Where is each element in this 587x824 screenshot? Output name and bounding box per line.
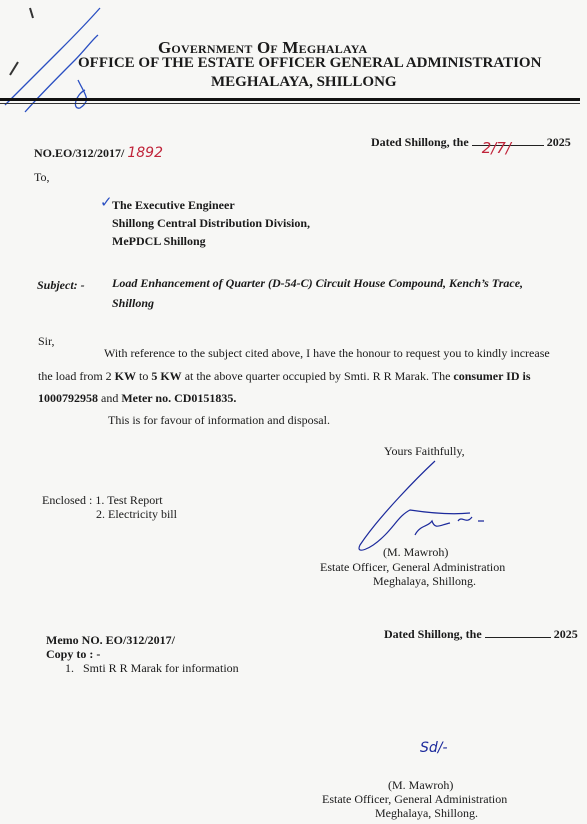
dated-line: Dated Shillong, the 2/7/ 2025 [371, 135, 571, 150]
body-paragraph-line2: the load from 2 KW to 5 KW at the above … [38, 369, 583, 384]
subject-text: Load Enhancement of Quarter (D-54-C) Cir… [112, 273, 523, 313]
signatory-title: Estate Officer, General Administration [320, 560, 505, 575]
body-paragraph-line3: 1000792958 and Meter no. CD0151835. [38, 391, 236, 406]
recipient-address: The Executive Engineer Shillong Central … [112, 196, 310, 250]
reference-number: NO.EO/312/2017/ 1892 [34, 145, 163, 161]
header-rule-thin [0, 103, 580, 104]
letterhead-location: MEGHALAYA, SHILLONG [211, 74, 397, 91]
memo-number: Memo NO. EO/312/2017/ [46, 633, 175, 648]
disposal-line: This is for favour of information and di… [108, 413, 330, 428]
memo-signatory-name: (M. Mawroh) [388, 778, 453, 793]
enclosures: Enclosed : 1. Test Report [42, 493, 163, 508]
body-paragraph-line1: With reference to the subject cited abov… [104, 346, 550, 361]
date-field: 2/7/ [472, 145, 544, 146]
salutation: Sir, [38, 334, 55, 349]
copy-item: 1. Smti R R Marak for information [65, 661, 239, 676]
reference-number-handwritten: 1892 [127, 145, 163, 161]
letterhead-office: OFFICE OF THE ESTATE OFFICER GENERAL ADM… [78, 55, 541, 72]
signature-icon [340, 455, 500, 555]
signatory-name: (M. Mawroh) [383, 545, 448, 560]
memo-dated-line: Dated Shillong, the 2025 [384, 627, 578, 642]
copy-to-label: Copy to : - [46, 647, 100, 662]
to-label: To, [34, 170, 50, 185]
initial-signature: Sd/- [420, 740, 448, 756]
enclosure-item: 2. Electricity bill [96, 507, 177, 522]
header-rule [0, 98, 580, 101]
subject-label: Subject: - [37, 278, 85, 293]
memo-date-field [485, 637, 551, 638]
signatory-place: Meghalaya, Shillong. [373, 574, 476, 589]
memo-signatory-place: Meghalaya, Shillong. [375, 806, 478, 821]
memo-signatory-title: Estate Officer, General Administration [322, 792, 507, 807]
checkmark-icon: ✓ [100, 193, 113, 212]
